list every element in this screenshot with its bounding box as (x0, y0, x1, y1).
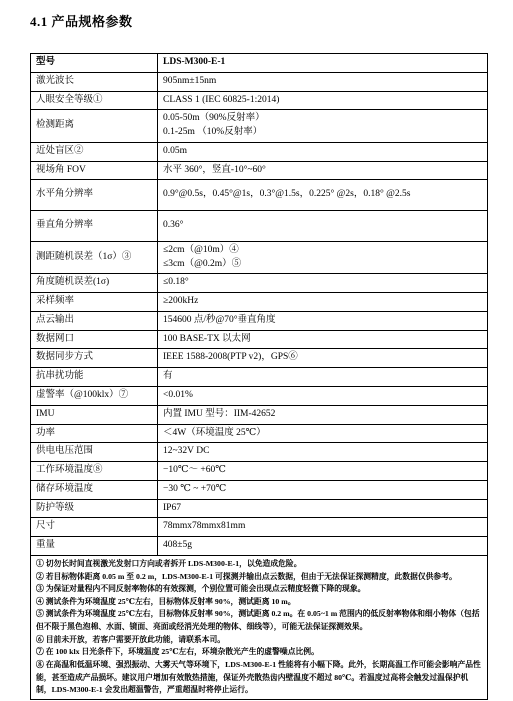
spec-label: 检测距离 (31, 110, 158, 143)
table-row: 水平角分辨率 0.9°@0.5s，0.45°@1s，0.3°@1.5s，0.22… (31, 180, 488, 211)
spec-value: 内置 IMU 型号：IIM-42652 (158, 405, 488, 424)
spec-label: 数据同步方式 (31, 349, 158, 368)
table-row: 工作环境温度⑧ −10℃～ +60℃ (31, 462, 488, 481)
spec-label: 水平角分辨率 (31, 180, 158, 211)
footnote-5: ⑤ 测试条件为环境温度 25℃左右，目标物体反射率 90%，测试距离 0.2 m… (36, 608, 482, 633)
spec-value: 0.36° (158, 211, 488, 242)
footnote-1: ① 切勿长时间直视激光发射口方向或者拆开 LDS-M300-E-1，以免造成危险… (36, 558, 482, 571)
spec-label: 点云输出 (31, 311, 158, 330)
table-row: 数据网口 100 BASE-TX 以太网 (31, 330, 488, 349)
table-row: 防护等级 IP67 (31, 499, 488, 518)
table-row: 供电电压范围 12~32V DC (31, 443, 488, 462)
spec-value: 12~32V DC (158, 443, 488, 462)
spec-label: 重量 (31, 537, 158, 556)
footnotes-cell: ① 切勿长时间直视激光发射口方向或者拆开 LDS-M300-E-1，以免造成危险… (31, 555, 488, 699)
spec-label: 工作环境温度⑧ (31, 462, 158, 481)
spec-value: 0.05-50m（90%反射率） 0.1-25m （10%反射率） (158, 110, 488, 143)
spec-label: 人眼安全等级① (31, 91, 158, 110)
footnote-3: ③ 为保证对量程内不同反射率物体的有效探测，个别位置可能会出现点云精度轻微下降的… (36, 583, 482, 596)
spec-label: 尺寸 (31, 518, 158, 537)
footnote-2: ② 若目标物体距离 0.05 m 至 0.2 m，LDS-M300-E-1 可探… (36, 571, 482, 584)
table-row: 点云输出 154600 点/秒@70°垂直角度 (31, 311, 488, 330)
spec-value: LDS-M300-E-1 (158, 54, 488, 73)
spec-label: 视场角 FOV (31, 161, 158, 180)
table-row: IMU 内置 IMU 型号：IIM-42652 (31, 405, 488, 424)
table-row: 虚警率（@100klx）⑦ <0.01% (31, 387, 488, 406)
spec-value: −10℃～ +60℃ (158, 462, 488, 481)
document-page: 4.1 产品规格参数 型号 LDS-M300-E-1 激光波长 905nm±15… (0, 0, 513, 701)
table-row: 采样频率 ≥200kHz (31, 293, 488, 312)
spec-value: ＜4W（环境温度 25℃） (158, 424, 488, 443)
spec-value: 78mmx78mmx81mm (158, 518, 488, 537)
table-row: 人眼安全等级① CLASS 1 (IEC 60825-1:2014) (31, 91, 488, 110)
spec-value: 905nm±15nm (158, 72, 488, 91)
spec-label: 数据网口 (31, 330, 158, 349)
footnote-6: ⑥ 目前未开放，若客户需要开放此功能，请联系本司。 (36, 634, 482, 647)
table-row: 数据同步方式 IEEE 1588-2008(PTP v2)，GPS⑥ (31, 349, 488, 368)
spec-label: 垂直角分辨率 (31, 211, 158, 242)
spec-value: 0.05m (158, 142, 488, 161)
spec-value: ≥200kHz (158, 293, 488, 312)
table-row: 型号 LDS-M300-E-1 (31, 54, 488, 73)
spec-label: 采样频率 (31, 293, 158, 312)
spec-label: 近处盲区② (31, 142, 158, 161)
spec-label: 防护等级 (31, 499, 158, 518)
spec-value: −30 ℃ ~ +70℃ (158, 480, 488, 499)
spec-value: 100 BASE-TX 以太网 (158, 330, 488, 349)
spec-label: 角度随机误差(1σ) (31, 274, 158, 293)
spec-label: 虚警率（@100klx）⑦ (31, 387, 158, 406)
footnote-7: ⑦ 在 100 klx 日光条件下，环境温度 25℃左右，环境杂散光产生的虚警噪… (36, 646, 482, 659)
spec-label: 储存环境温度 (31, 480, 158, 499)
spec-value: <0.01% (158, 387, 488, 406)
table-row: 激光波长 905nm±15nm (31, 72, 488, 91)
footnotes-row: ① 切勿长时间直视激光发射口方向或者拆开 LDS-M300-E-1，以免造成危险… (31, 555, 488, 699)
spec-value: IP67 (158, 499, 488, 518)
spec-value: ≤2cm（@10m）④ ≤3cm（@0.2m）⑤ (158, 241, 488, 274)
table-row: 垂直角分辨率 0.36° (31, 211, 488, 242)
spec-value: ≤0.18° (158, 274, 488, 293)
spec-value: IEEE 1588-2008(PTP v2)，GPS⑥ (158, 349, 488, 368)
spec-value: 154600 点/秒@70°垂直角度 (158, 311, 488, 330)
spec-label: 功率 (31, 424, 158, 443)
spec-label: IMU (31, 405, 158, 424)
table-row: 测距随机误差（1σ）③ ≤2cm（@10m）④ ≤3cm（@0.2m）⑤ (31, 241, 488, 274)
spec-value: CLASS 1 (IEC 60825-1:2014) (158, 91, 488, 110)
spec-table: 型号 LDS-M300-E-1 激光波长 905nm±15nm 人眼安全等级① … (30, 53, 488, 700)
table-row: 储存环境温度 −30 ℃ ~ +70℃ (31, 480, 488, 499)
footnote-8: ⑧ 在高温和低温环境、强烈振动、大雾天气等环境下，LDS-M300-E-1 性能… (36, 659, 482, 697)
footnote-4: ④ 测试条件为环境温度 25℃左右，目标物体反射率 90%，测试距离 10 m。 (36, 596, 482, 609)
spec-label: 抗串扰功能 (31, 368, 158, 387)
spec-value: 有 (158, 368, 488, 387)
spec-label: 测距随机误差（1σ）③ (31, 241, 158, 274)
table-row: 近处盲区② 0.05m (31, 142, 488, 161)
spec-value: 水平 360°，竖直-10°~60° (158, 161, 488, 180)
section-title: 4.1 产品规格参数 (0, 0, 513, 30)
spec-value: 408±5g (158, 537, 488, 556)
spec-value: 0.9°@0.5s，0.45°@1s，0.3°@1.5s，0.225° @2s，… (158, 180, 488, 211)
table-row: 检测距离 0.05-50m（90%反射率） 0.1-25m （10%反射率） (31, 110, 488, 143)
spec-label: 供电电压范围 (31, 443, 158, 462)
table-row: 抗串扰功能 有 (31, 368, 488, 387)
table-row: 角度随机误差(1σ) ≤0.18° (31, 274, 488, 293)
spec-label: 型号 (31, 54, 158, 73)
table-row: 功率 ＜4W（环境温度 25℃） (31, 424, 488, 443)
table-row: 尺寸 78mmx78mmx81mm (31, 518, 488, 537)
spec-label: 激光波长 (31, 72, 158, 91)
table-row: 重量 408±5g (31, 537, 488, 556)
table-row: 视场角 FOV 水平 360°，竖直-10°~60° (31, 161, 488, 180)
